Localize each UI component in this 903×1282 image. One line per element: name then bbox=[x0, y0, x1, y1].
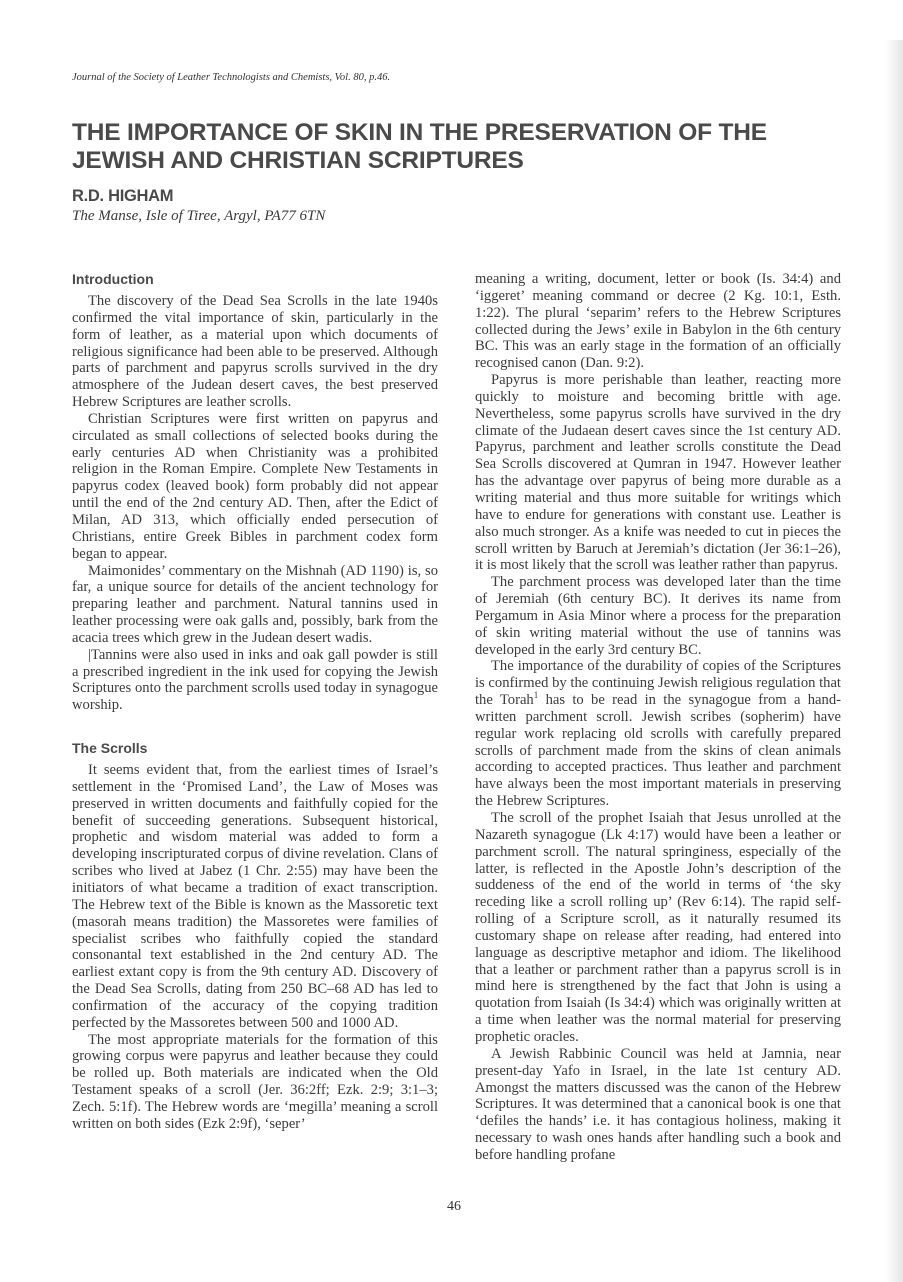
paragraph-torah: The importance of the durability of copi… bbox=[475, 658, 841, 810]
page-number: 46 bbox=[447, 1199, 461, 1215]
paragraph: Maimonides’ commentary on the Mishnah (A… bbox=[72, 563, 438, 647]
paragraph: It seems evident that, from the earliest… bbox=[72, 762, 438, 1032]
paragraph: Papyrus is more perishable than leather,… bbox=[475, 372, 841, 574]
right-column: meaning a writing, document, letter or b… bbox=[475, 271, 841, 1164]
paragraph: A Jewish Rabbinic Council was held at Ja… bbox=[475, 1046, 841, 1164]
page-edge-shadow bbox=[885, 40, 903, 1282]
section-heading-the-scrolls: The Scrolls bbox=[72, 739, 438, 757]
author-affiliation: The Manse, Isle of Tiree, Argyl, PA77 6T… bbox=[72, 208, 325, 225]
article-title: THE IMPORTANCE OF SKIN IN THE PRESERVATI… bbox=[72, 119, 852, 175]
paragraph-continuation: meaning a writing, document, letter or b… bbox=[475, 271, 841, 372]
paragraph: The most appropriate materials for the f… bbox=[72, 1032, 438, 1133]
paragraph: The discovery of the Dead Sea Scrolls in… bbox=[72, 293, 438, 411]
paragraph: Christian Scriptures were first written … bbox=[72, 411, 438, 563]
journal-reference: Journal of the Society of Leather Techno… bbox=[72, 72, 390, 83]
paragraph: The scroll of the prophet Isaiah that Je… bbox=[475, 810, 841, 1046]
paragraph: The parchment process was developed late… bbox=[475, 574, 841, 658]
author-name: R.D. HIGHAM bbox=[72, 187, 173, 206]
paragraph: |Tannins were also used in inks and oak … bbox=[72, 647, 438, 714]
section-heading-introduction: Introduction bbox=[72, 270, 438, 288]
torah-text-after: has to be read in the synagogue from a h… bbox=[475, 692, 841, 809]
left-column: Introduction The discovery of the Dead S… bbox=[72, 270, 438, 1133]
